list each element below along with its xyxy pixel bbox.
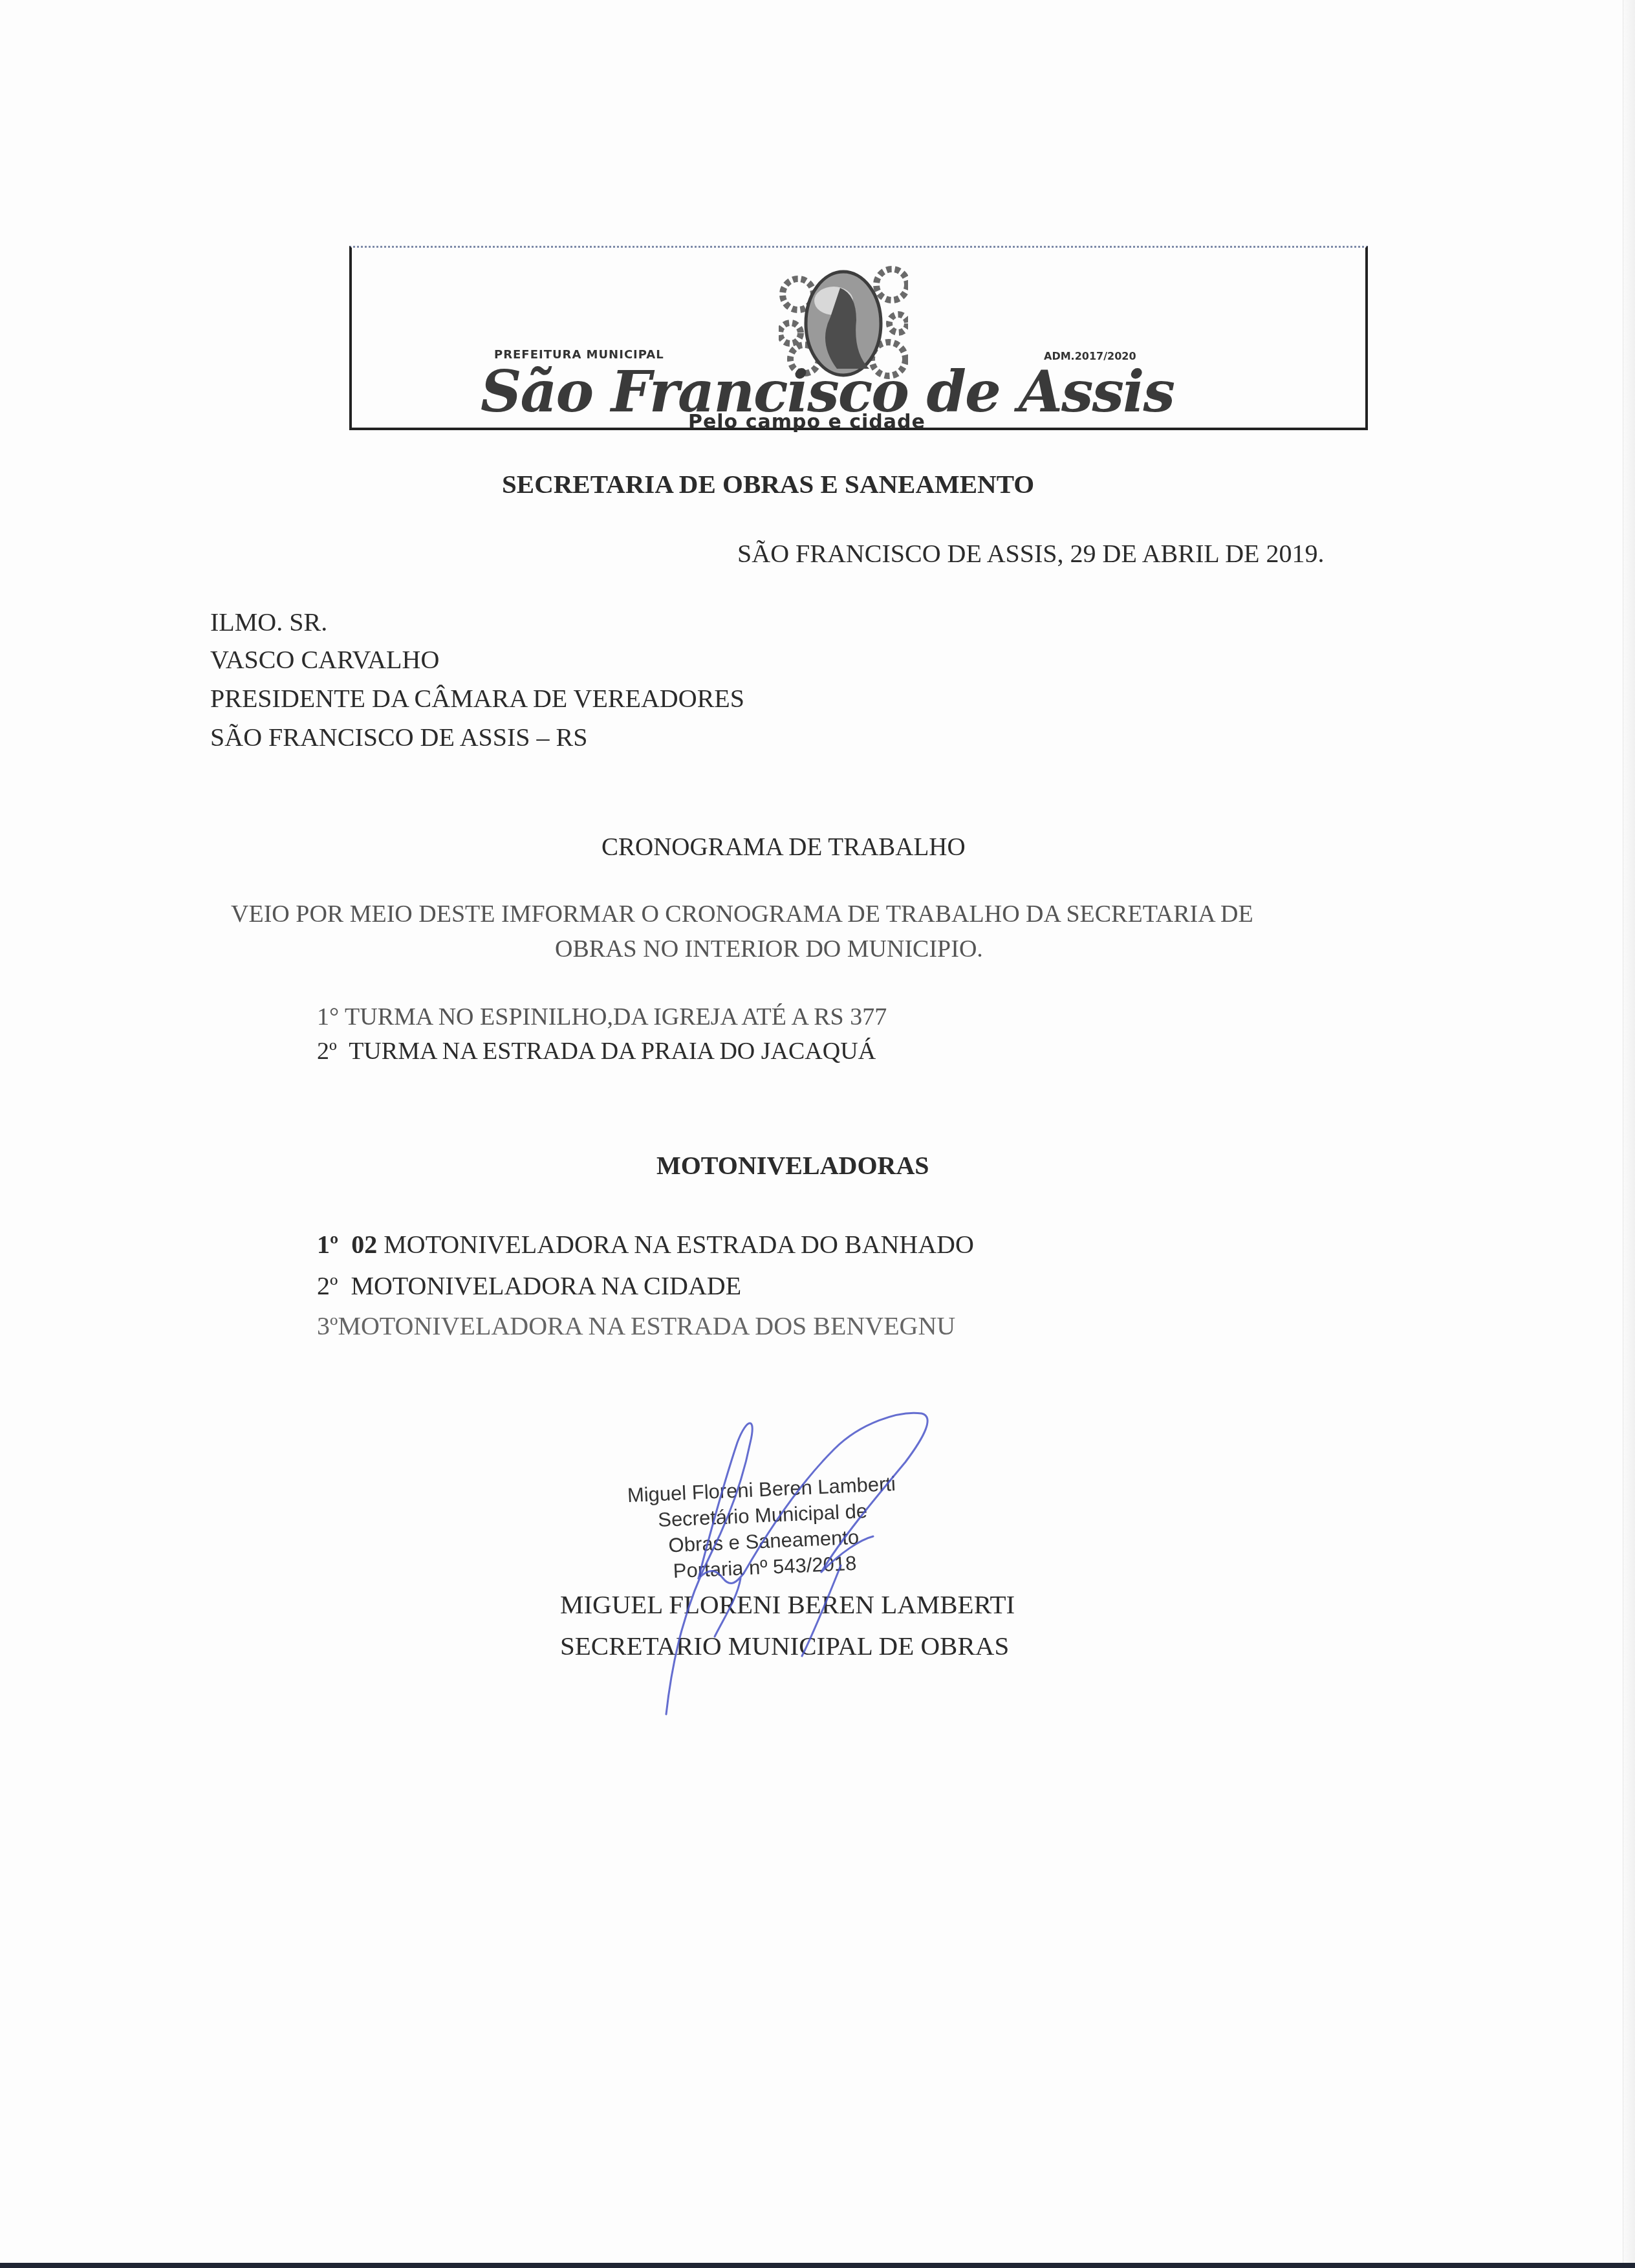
team-text: TURMA NA ESTRADA DA PRAIA DO JACAQUÁ: [349, 1038, 876, 1065]
grader-text: MOTONIVELADORA NA ESTRADA DO BANHADO: [384, 1230, 974, 1259]
recipient-title: PRESIDENTE DA CÂMARA DE VEREADORES: [210, 686, 744, 712]
recipient-location: SÃO FRANCISCO DE ASSIS – RS: [210, 725, 588, 750]
department-heading: SECRETARIA DE OBRAS E SANEAMENTO: [502, 471, 1034, 497]
official-stamp: Miguel Floreni Beren Lamberti Secretário…: [580, 1469, 946, 1588]
recipient-salutation: ILMO. SR.: [210, 609, 327, 635]
team-ordinal: 2º: [317, 1038, 337, 1065]
list-item: 2º TURMA NA ESTRADA DA PRAIA DO JACAQUÁ: [317, 1039, 876, 1063]
list-item: 1º 02 MOTONIVELADORA NA ESTRADA DO BANHA…: [317, 1232, 974, 1258]
letterhead: PREFEITURA MUNICIPAL ADM.2017/2020 São F…: [349, 246, 1368, 430]
subject-heading: CRONOGRAMA DE TRABALHO: [601, 834, 966, 860]
scan-page-edge: [1623, 0, 1635, 2268]
grader-text: MOTONIVELADORA NA CIDADE: [351, 1271, 741, 1300]
place-date: SÃO FRANCISCO DE ASSIS, 29 DE ABRIL DE 2…: [737, 541, 1325, 567]
list-item: 2º MOTONIVELADORA NA CIDADE: [317, 1273, 741, 1299]
scan-bottom-edge: [0, 2263, 1635, 2268]
signatory-name: MIGUEL FLORENI BEREN LAMBERTI: [560, 1591, 1015, 1618]
team-text: TURMA NO ESPINILHO,DA IGREJA ATÉ A RS 37…: [345, 1003, 887, 1030]
grader-text: MOTONIVELADORA NA ESTRADA DOS BENVEGNU: [338, 1311, 955, 1340]
graders-heading: MOTONIVELADORAS: [656, 1153, 929, 1179]
grader-ordinal: 3º: [317, 1311, 338, 1340]
intro-line-1: VEIO POR MEIO DESTE IMFORMAR O CRONOGRAM…: [231, 902, 1253, 926]
signatory-title: SECRETARIO MUNICIPAL DE OBRAS: [560, 1633, 1009, 1659]
list-item: 1° TURMA NO ESPINILHO,DA IGREJA ATÉ A RS…: [317, 1005, 887, 1029]
list-item: 3ºMOTONIVELADORA NA ESTRADA DOS BENVEGNU: [317, 1313, 955, 1339]
recipient-name: VASCO CARVALHO: [210, 647, 439, 673]
intro-line-2: OBRAS NO INTERIOR DO MUNICIPIO.: [555, 937, 983, 961]
grader-ordinal: 2º: [317, 1271, 338, 1300]
grader-count: 02: [351, 1230, 377, 1259]
team-ordinal: 1°: [317, 1003, 339, 1030]
grader-ordinal: 1º: [317, 1230, 338, 1259]
letterhead-slogan: Pelo campo e cidade: [688, 411, 926, 433]
